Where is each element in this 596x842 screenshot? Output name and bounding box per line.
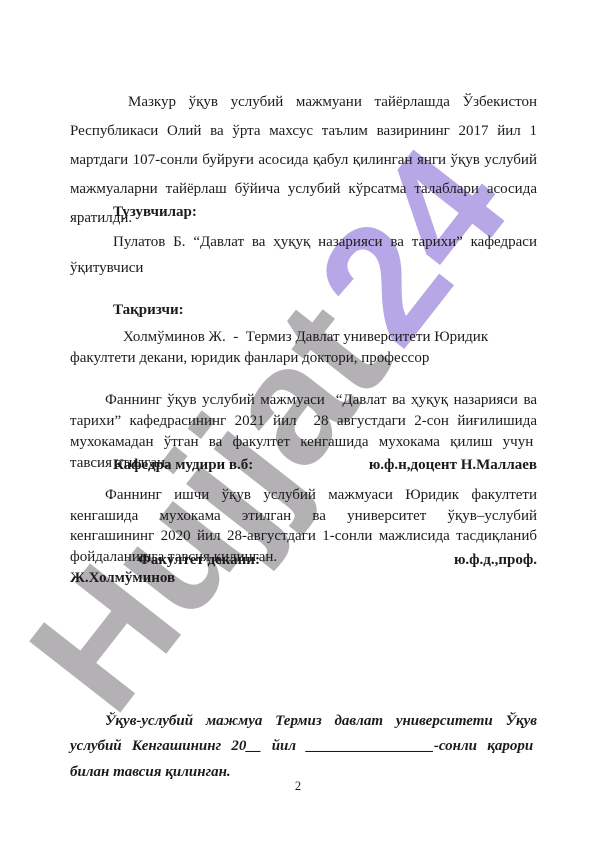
paragraph-compiler: Пулатов Б. “Давлат ва ҳуқуқ назарияси ва… [70, 230, 537, 281]
signature-row-head-of-department: Кафедра мудири в.б: ю.ф.н,доцент Н.Малла… [70, 454, 537, 476]
document-page: Hujjat24 Мазкур ўқув услубий мажмуани та… [0, 0, 596, 842]
paragraph-footer-note: Ўқув-услубий мажмуа Термиз давлат универ… [70, 709, 537, 785]
document-content: Мазкур ўқув услубий мажмуани тайёрлашда … [70, 0, 537, 842]
heading-compilers: Тузувчилар: [70, 201, 537, 223]
page-number: 2 [0, 779, 596, 794]
heading-reviewers: Тақризчи: [70, 299, 537, 321]
paragraph-reviewer: Холмўминов Ж. - Термиз Давлат университе… [70, 327, 537, 368]
head-of-department-name: ю.ф.н,доцент Н.Маллаев [369, 454, 537, 476]
head-of-department-label: Кафедра мудири в.б: [113, 454, 253, 476]
dean-name: Ж.Холмўминов [70, 568, 537, 589]
